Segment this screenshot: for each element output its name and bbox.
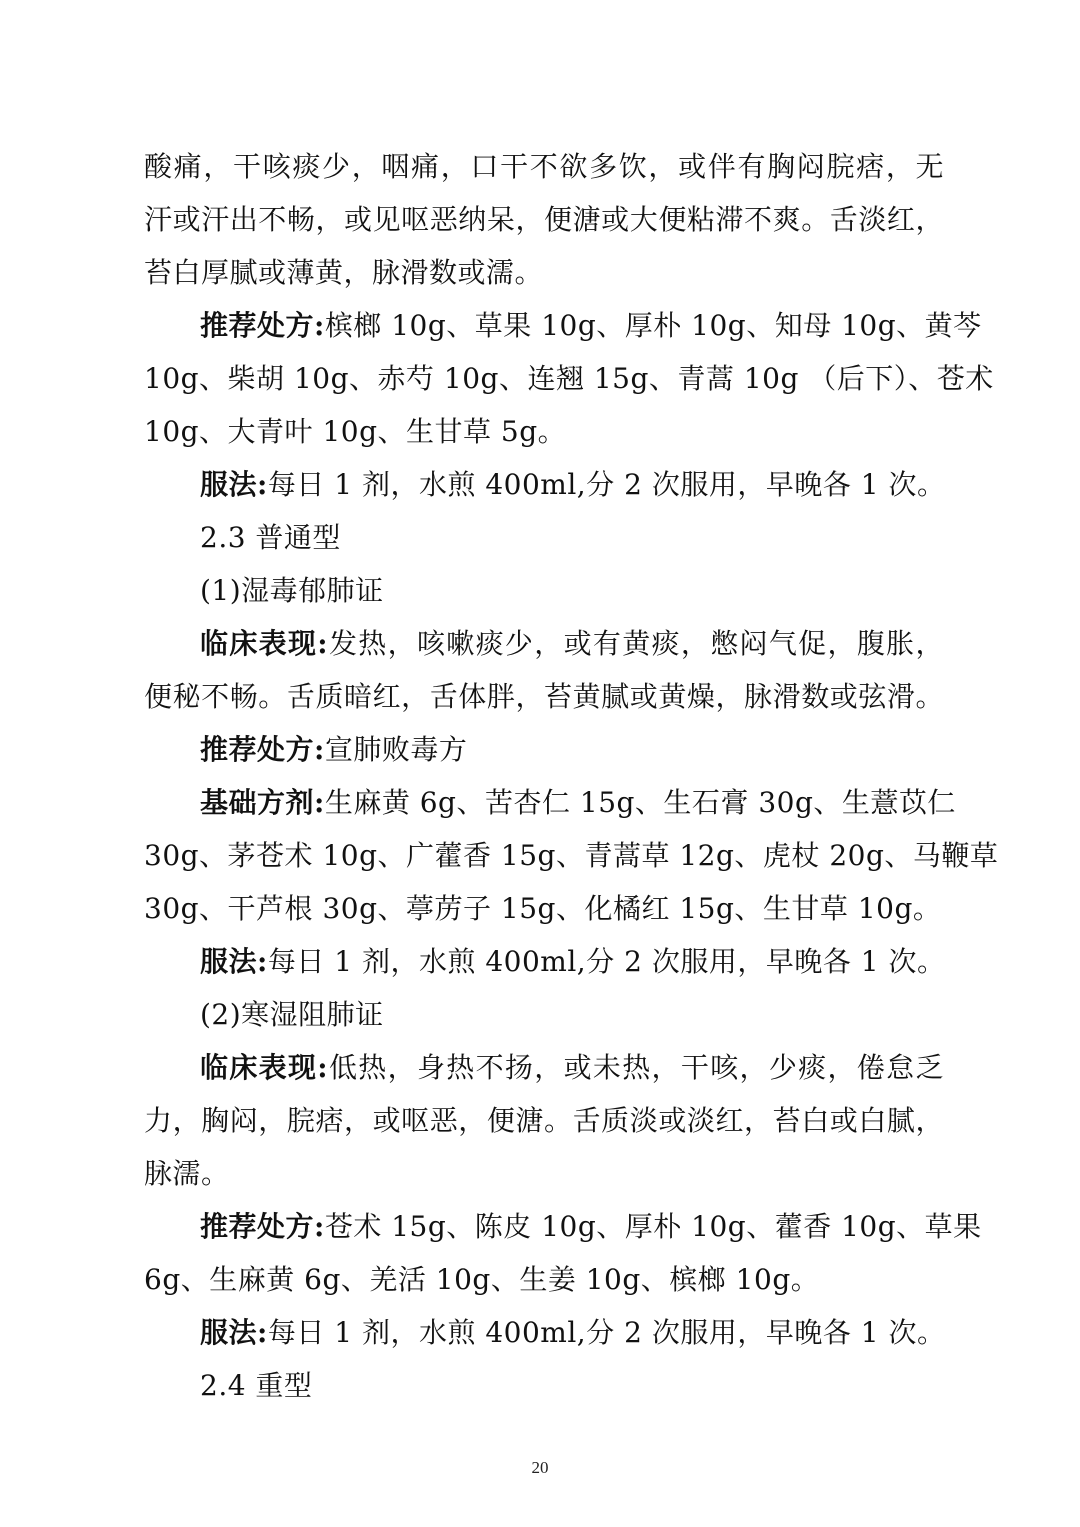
paragraph-line: 6g、生麻黄 6g、羌活 10g、生姜 10g、槟榔 10g。: [144, 1253, 944, 1306]
line-text: 30g、茅苍术 10g、广藿香 15g、青蒿草 12g、虎杖 20g、马鞭草: [144, 839, 998, 872]
field-label: 基础方剂:: [200, 786, 325, 819]
line-text: 宣肺败毒方: [325, 733, 468, 766]
heading-text: (1)湿毒郁肺证: [200, 574, 384, 607]
clinical-line: 临床表现:低热，身热不扬，或未热，干咳，少痰，倦怠乏: [144, 1041, 944, 1094]
line-text: 汗或汗出不畅，或见呕恶纳呆，便溏或大便粘滞不爽。舌淡红，: [144, 203, 944, 236]
line-text: 10g、大青叶 10g、生甘草 5g。: [144, 415, 566, 448]
field-label: 服法:: [200, 945, 268, 978]
line-text: 每日 1 剂，水煎 400ml,分 2 次服用，早晚各 1 次。: [268, 1316, 946, 1349]
line-text: 力，胸闷，脘痞，或呕恶，便溏。舌质淡或淡红，苔白或白腻，: [144, 1104, 944, 1137]
paragraph-line: 脉濡。: [144, 1147, 944, 1200]
paragraph-line: 便秘不畅。舌质暗红，舌体胖，苔黄腻或黄燥，脉滑数或弦滑。: [144, 670, 944, 723]
section-heading: 2.4 重型: [144, 1359, 944, 1412]
prescription-line: 推荐处方:苍术 15g、陈皮 10g、厚朴 10g、藿香 10g、草果: [144, 1200, 944, 1253]
paragraph-line: 10g、柴胡 10g、赤芍 10g、连翘 15g、青蒿 10g （后下）、苍术: [144, 352, 944, 405]
field-label: 服法:: [200, 468, 268, 501]
paragraph-line: 10g、大青叶 10g、生甘草 5g。: [144, 405, 944, 458]
heading-text: 2.3 普通型: [200, 521, 341, 554]
dosage-line: 服法:每日 1 剂，水煎 400ml,分 2 次服用，早晚各 1 次。: [144, 1306, 944, 1359]
line-text: 苍术 15g、陈皮 10g、厚朴 10g、藿香 10g、草果: [325, 1210, 982, 1243]
subsection-heading: (1)湿毒郁肺证: [144, 564, 944, 617]
paragraph-line: 汗或汗出不畅，或见呕恶纳呆，便溏或大便粘滞不爽。舌淡红，: [144, 193, 944, 246]
dosage-line: 服法:每日 1 剂，水煎 400ml,分 2 次服用，早晚各 1 次。: [144, 458, 944, 511]
line-text: 酸痛，干咳痰少，咽痛，口干不欲多饮，或伴有胸闷脘痞，无: [144, 150, 944, 183]
paragraph-line: 苔白厚腻或薄黄，脉滑数或濡。: [144, 246, 944, 299]
line-text: 便秘不畅。舌质暗红，舌体胖，苔黄腻或黄燥，脉滑数或弦滑。: [144, 680, 944, 713]
prescription-line: 推荐处方:槟榔 10g、草果 10g、厚朴 10g、知母 10g、黄芩: [144, 299, 944, 352]
subsection-heading: (2)寒湿阻肺证: [144, 988, 944, 1041]
heading-text: (2)寒湿阻肺证: [200, 998, 384, 1031]
line-text: 每日 1 剂，水煎 400ml,分 2 次服用，早晚各 1 次。: [268, 468, 946, 501]
line-text: 槟榔 10g、草果 10g、厚朴 10g、知母 10g、黄芩: [325, 309, 982, 342]
document-body: 酸痛，干咳痰少，咽痛，口干不欲多饮，或伴有胸闷脘痞，无 汗或汗出不畅，或见呕恶纳…: [144, 140, 944, 1412]
line-text: 10g、柴胡 10g、赤芍 10g、连翘 15g、青蒿 10g （后下）、苍术: [144, 362, 994, 395]
line-text: 6g、生麻黄 6g、羌活 10g、生姜 10g、槟榔 10g。: [144, 1263, 819, 1296]
field-label: 服法:: [200, 1316, 268, 1349]
paragraph-line: 力，胸闷，脘痞，或呕恶，便溏。舌质淡或淡红，苔白或白腻，: [144, 1094, 944, 1147]
clinical-line: 临床表现:发热，咳嗽痰少，或有黄痰，憋闷气促，腹胀，: [144, 617, 944, 670]
field-label: 临床表现:: [200, 1051, 328, 1084]
field-label: 推荐处方:: [200, 309, 325, 342]
line-text: 低热，身热不扬，或未热，干咳，少痰，倦怠乏: [328, 1051, 944, 1084]
section-heading: 2.3 普通型: [144, 511, 944, 564]
line-text: 脉濡。: [144, 1157, 230, 1190]
line-text: 生麻黄 6g、苦杏仁 15g、生石膏 30g、生薏苡仁: [325, 786, 956, 819]
field-label: 推荐处方:: [200, 733, 325, 766]
line-text: 30g、干芦根 30g、葶苈子 15g、化橘红 15g、生甘草 10g。: [144, 892, 941, 925]
line-text: 每日 1 剂，水煎 400ml,分 2 次服用，早晚各 1 次。: [268, 945, 946, 978]
heading-text: 2.4 重型: [200, 1369, 312, 1402]
dosage-line: 服法:每日 1 剂，水煎 400ml,分 2 次服用，早晚各 1 次。: [144, 935, 944, 988]
prescription-line: 推荐处方:宣肺败毒方: [144, 723, 944, 776]
paragraph-line: 酸痛，干咳痰少，咽痛，口干不欲多饮，或伴有胸闷脘痞，无: [144, 140, 944, 193]
paragraph-line: 30g、茅苍术 10g、广藿香 15g、青蒿草 12g、虎杖 20g、马鞭草: [144, 829, 944, 882]
page-number: 20: [0, 1458, 1080, 1478]
line-text: 发热，咳嗽痰少，或有黄痰，憋闷气促，腹胀，: [328, 627, 944, 660]
field-label: 推荐处方:: [200, 1210, 325, 1243]
formula-line: 基础方剂:生麻黄 6g、苦杏仁 15g、生石膏 30g、生薏苡仁: [144, 776, 944, 829]
field-label: 临床表现:: [200, 627, 328, 660]
line-text: 苔白厚腻或薄黄，脉滑数或濡。: [144, 256, 543, 289]
paragraph-line: 30g、干芦根 30g、葶苈子 15g、化橘红 15g、生甘草 10g。: [144, 882, 944, 935]
